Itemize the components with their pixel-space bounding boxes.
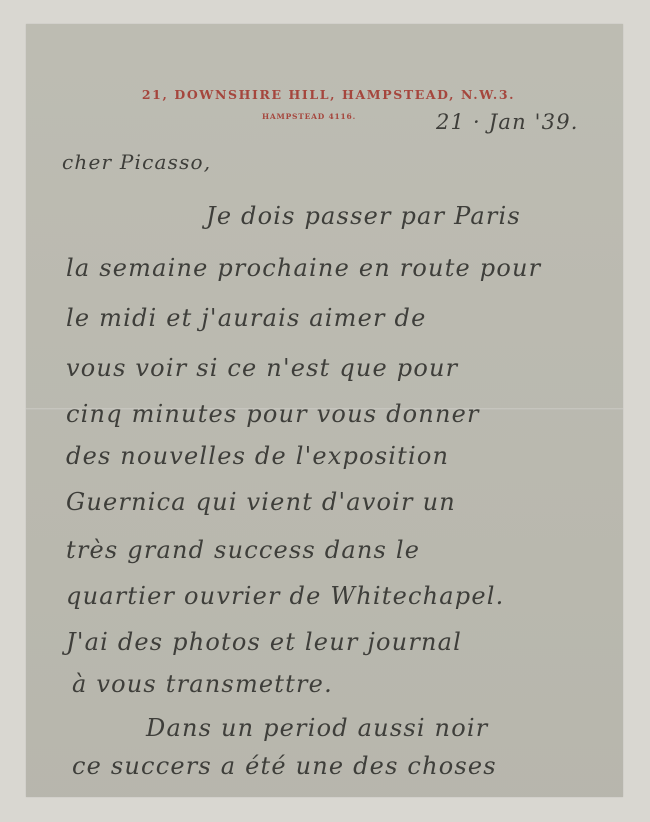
letter-line: vous voir si ce n'est que pour [66,354,458,382]
letter-line: le midi et j'aurais aimer de [66,304,427,332]
letter-line: Guernica qui vient d'avoir un [66,488,456,516]
letterhead-phone: HAMPSTEAD 4116. [262,112,356,121]
letter-line: à vous transmettre. [72,670,333,698]
letter-line: ce succers a été une des choses [72,752,497,780]
letter-page: 21, DOWNSHIRE HILL, HAMPSTEAD, N.W.3. HA… [26,24,623,797]
letter-line: Je dois passer par Paris [206,202,521,230]
letter-line: la semaine prochaine en route pour [66,254,541,282]
letter-line: J'ai des photos et leur journal [66,628,462,656]
letter-line: très grand success dans le [66,536,420,564]
letter-line: quartier ouvrier de Whitechapel. [66,582,504,610]
letter-line: Dans un period aussi noir [146,714,488,742]
letterhead-address: 21, DOWNSHIRE HILL, HAMPSTEAD, N.W.3. [26,87,623,102]
letter-line: des nouvelles de l'exposition [66,442,449,470]
letter-date: 21 · Jan '39. [436,110,579,134]
letter-line: cinq minutes pour vous donner [66,400,480,428]
letter-salutation: cher Picasso, [62,150,211,174]
